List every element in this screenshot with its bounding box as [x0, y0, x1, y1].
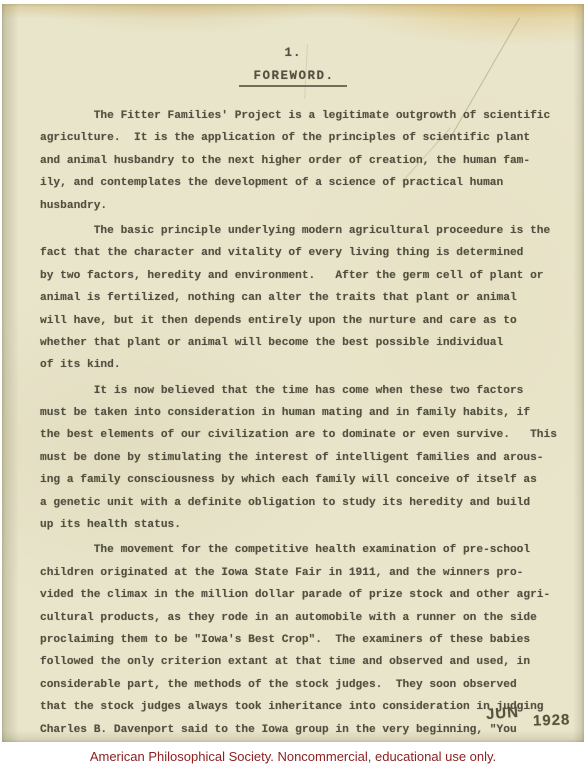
typewritten-content: 1. FOREWORD. The Fitter Families' Projec…	[2, 4, 584, 742]
document-line: proclaiming them to be "Iowa's Best Crop…	[40, 629, 580, 651]
document-line: up its health status.	[40, 514, 580, 536]
document-line: must be done by stimulating the interest…	[40, 447, 580, 469]
document-line: husbandry.	[40, 195, 580, 217]
document-line: The Fitter Families' Project is a legiti…	[40, 105, 580, 127]
document-line: will have, but it then depends entirely …	[40, 310, 580, 332]
document-line: the best elements of our civilization ar…	[40, 424, 580, 446]
document-line: of its kind.	[40, 354, 580, 376]
document-line: cultural products, as they rode in an au…	[40, 607, 580, 629]
document-line: ing a family consciousness by which each…	[40, 469, 580, 491]
document-heading: FOREWORD.	[239, 69, 346, 87]
document-line: children originated at the Iowa State Fa…	[40, 562, 580, 584]
document-line: ily, and contemplates the development of…	[40, 172, 580, 194]
date-stamp-month: JUN	[485, 704, 519, 723]
document-line: whether that plant or animal will become…	[40, 332, 580, 354]
document-line: The basic principle underlying modern ag…	[40, 220, 580, 242]
document-line: followed the only criterion extant at th…	[40, 651, 580, 673]
copyright-bar: American Philosophical Society. Noncomme…	[0, 742, 586, 770]
document-line: agriculture. It is the application of th…	[40, 127, 580, 149]
date-stamp-year: 1928	[533, 711, 571, 729]
document-line: vided the climax in the million dollar p…	[40, 584, 580, 606]
document-header: 1. FOREWORD.	[2, 46, 584, 87]
document-line: fact that the character and vitality of …	[40, 242, 580, 264]
document-line: and animal husbandry to the next higher …	[40, 150, 580, 172]
document-line: must be taken into consideration in huma…	[40, 402, 580, 424]
page-number: 1.	[2, 46, 584, 60]
paper-sheet: 1. FOREWORD. The Fitter Families' Projec…	[2, 4, 584, 742]
document-line: The movement for the competitive health …	[40, 539, 580, 561]
document-body: The Fitter Families' Project is a legiti…	[40, 105, 580, 741]
document-line: by two factors, heredity and environment…	[40, 265, 580, 287]
document-line: considerable part, the methods of the st…	[40, 674, 580, 696]
document-line: a genetic unit with a definite obligatio…	[40, 492, 580, 514]
copyright-text: American Philosophical Society. Noncomme…	[90, 749, 496, 764]
scanned-document-page: 1. FOREWORD. The Fitter Families' Projec…	[0, 0, 586, 770]
document-line: It is now believed that the time has com…	[40, 380, 580, 402]
document-line: animal is fertilized, nothing can alter …	[40, 287, 580, 309]
